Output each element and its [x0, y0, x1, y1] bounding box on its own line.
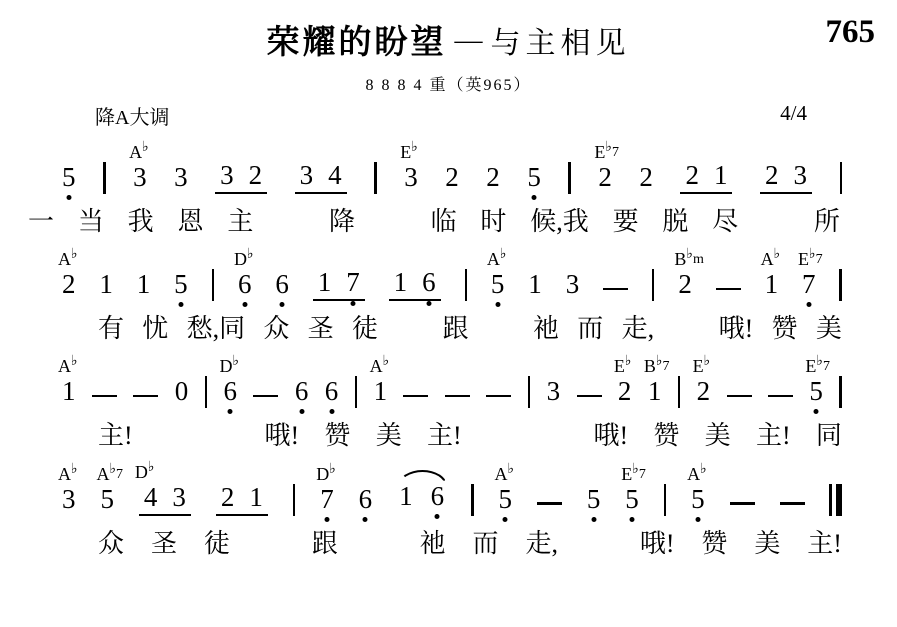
note-row: 2A♭1156D♭617165A♭132B♭m1A♭7E♭7 — [62, 264, 842, 301]
lyric-syllable: 主! — [427, 420, 462, 451]
chord-suffix: 7 — [116, 467, 123, 482]
flat-icon: ♭ — [411, 140, 418, 155]
flat-icon: ♭ — [148, 460, 155, 475]
lyric-syllable: 哦! — [264, 420, 299, 451]
note-token: 1A♭ — [374, 378, 388, 408]
dash-token — [716, 288, 741, 291]
lyric-syllable: 哦! — [640, 528, 675, 559]
beam-group: 43D♭ — [139, 484, 191, 516]
note-token: 2 — [445, 164, 459, 194]
chord-label: E♭ — [400, 143, 418, 162]
chord-label: E♭7 — [594, 143, 619, 162]
flat-icon: ♭ — [774, 247, 781, 262]
barline — [678, 376, 681, 408]
lyric-syllable: 祂 — [420, 528, 446, 559]
flat-icon: ♭ — [605, 140, 612, 155]
beam-group: 21 — [680, 162, 732, 194]
dash-token — [603, 288, 628, 291]
note-row: 53A♭332343E♭2252E♭722123 — [62, 157, 842, 194]
chord-suffix: m — [693, 252, 704, 267]
note-token: 1 — [714, 162, 728, 189]
note-token: 2A♭ — [62, 271, 76, 301]
barline — [374, 162, 377, 194]
chord-label: E♭7 — [798, 250, 823, 269]
flat-icon: ♭ — [700, 462, 707, 477]
lyric-syllable: 主! — [98, 420, 133, 451]
chord-label: A♭ — [487, 250, 507, 269]
lyric-syllable: 忧 — [142, 313, 168, 344]
lyric-syllable: 而 — [473, 528, 499, 559]
lyric-syllable: 同 — [816, 420, 842, 451]
lyric-syllable: 一 — [28, 206, 54, 237]
barline — [103, 162, 106, 194]
chord-label: E♭ — [614, 357, 632, 376]
note-token: 6 — [359, 486, 373, 516]
lyrics-row: 有忧愁,同众圣徒跟祂而走,哦!赞美 — [98, 313, 842, 344]
lyric-syllable: 时 — [480, 206, 506, 237]
note-token: 5E♭7 — [625, 486, 639, 516]
note-token: 1A♭ — [765, 271, 779, 301]
note-token: 2 — [221, 484, 235, 511]
barline — [355, 376, 358, 408]
note-token: 5 — [527, 164, 541, 194]
beam-group: 16 — [389, 269, 441, 301]
lyric-syllable: 愁,同 — [187, 313, 246, 344]
chord-label: A♭ — [129, 143, 149, 162]
chord-label: E♭7 — [805, 357, 830, 376]
music-system: 3A♭5A♭743D♭217D♭6165A♭55E♭75A♭众圣徒跟祂而走,哦!… — [62, 479, 842, 559]
note-token: 3A♭ — [62, 486, 76, 516]
chord-label: A♭ — [687, 465, 707, 484]
octave-dot — [532, 195, 537, 200]
note-token: 3 — [547, 378, 561, 408]
final-bar-thin — [829, 484, 832, 516]
lyric-syllable: 走, — [525, 528, 558, 559]
key-signature: 降A大调 — [95, 101, 169, 130]
chord-label: D♭ — [316, 465, 336, 484]
music-system: 1A♭06D♭661A♭32E♭1B♭72E♭5E♭7主!哦!赞美主!哦!赞美主… — [62, 371, 842, 451]
chord-label: B♭7 — [644, 357, 670, 376]
beam-group: 23 — [760, 162, 812, 194]
flat-icon: ♭ — [500, 247, 507, 262]
dash-token — [768, 395, 793, 398]
flat-icon: ♭ — [71, 462, 78, 477]
lyric-syllable: 哦! — [719, 313, 754, 344]
lyric-syllable: 众 — [98, 528, 124, 559]
note-token: 3 — [300, 162, 314, 189]
barline — [664, 484, 667, 516]
octave-dot — [503, 517, 508, 522]
barline — [839, 376, 842, 408]
lyric-syllable: 美 — [816, 313, 842, 344]
music-system: 2A♭1156D♭617165A♭132B♭m1A♭7E♭7有忧愁,同众圣徒跟祂… — [62, 264, 842, 344]
lyric-syllable: 众 — [263, 313, 289, 344]
barline — [212, 269, 215, 301]
flat-icon: ♭ — [383, 354, 390, 369]
chord-label: D♭ — [234, 250, 254, 269]
barline — [568, 162, 571, 194]
hymn-title: 荣耀的盼望 — [267, 25, 447, 61]
lyric-syllable: 圣 — [308, 313, 334, 344]
lyric-spacer — [672, 313, 700, 344]
lyrics-row: 一当我恩主降临时候,我要脱尽所 — [28, 206, 840, 237]
note-token: 7E♭7 — [802, 271, 816, 301]
octave-dot — [329, 409, 334, 414]
note-token: 6 — [422, 269, 436, 296]
note-token: 1 — [528, 271, 542, 301]
lyric-syllable: 所 — [814, 206, 840, 237]
octave-dot — [228, 409, 233, 414]
note-token: 6D♭ — [238, 271, 252, 301]
chord-label: A♭ — [58, 250, 78, 269]
flat-icon: ♭ — [686, 247, 693, 262]
music-system: 53A♭332343E♭2252E♭722123一当我恩主降临时候,我要脱尽所 — [62, 157, 842, 237]
note-token: 1B♭7 — [648, 378, 662, 408]
dash-token — [730, 502, 755, 505]
flat-icon: ♭ — [704, 354, 711, 369]
note-token: 2E♭7 — [598, 164, 612, 194]
lyric-syllable: 跟 — [442, 313, 468, 344]
dash-token — [92, 395, 117, 398]
lyric-syllable: 候,我 — [530, 206, 589, 237]
flat-icon: ♭ — [625, 354, 632, 369]
note-token: 1 — [137, 271, 151, 301]
note-token: 2E♭ — [618, 378, 632, 408]
note-token: 1 — [249, 484, 263, 511]
lyric-syllable: 祂 — [533, 313, 559, 344]
lyric-syllable: 降 — [329, 206, 355, 237]
lyric-spacer — [487, 420, 515, 451]
dash-token — [537, 502, 562, 505]
dash-token — [253, 395, 278, 398]
note-token: 5A♭7 — [100, 486, 114, 516]
lyric-syllable: 当 — [78, 206, 104, 237]
key-row: 降A大调 4/4 — [95, 101, 807, 130]
chord-label: D♭ — [220, 357, 240, 376]
lyric-spacer — [277, 206, 305, 237]
time-signature: 4/4 — [780, 101, 807, 130]
chord-label: A♭ — [761, 250, 781, 269]
lyric-spacer — [257, 528, 285, 559]
note-token: 6 — [325, 378, 339, 408]
note-token: 6 — [275, 271, 289, 301]
note-token: 5A♭ — [498, 486, 512, 516]
note-token: 1A♭ — [62, 378, 76, 408]
lyric-syllable: 临 — [431, 206, 457, 237]
lyric-syllable: 有 — [98, 313, 124, 344]
flat-icon: ♭ — [507, 462, 514, 477]
octave-dot — [178, 302, 183, 307]
note-token: 5A♭ — [491, 271, 505, 301]
note-token: 2 — [639, 164, 653, 194]
chord-label: A♭ — [58, 465, 78, 484]
barline — [205, 376, 208, 408]
octave-dot — [695, 517, 700, 522]
music-systems: 53A♭332343E♭2252E♭722123一当我恩主降临时候,我要脱尽所2… — [62, 157, 842, 559]
octave-dot — [495, 302, 500, 307]
chord-label: D♭ — [135, 463, 155, 482]
lyric-syllable: 主! — [756, 420, 791, 451]
barline — [840, 162, 843, 194]
note-token: 2B♭m — [678, 271, 692, 301]
chord-suffix: 7 — [662, 359, 669, 374]
note-row: 3A♭5A♭743D♭217D♭6165A♭55E♭75A♭ — [62, 479, 842, 516]
note-token: 2 — [486, 164, 500, 194]
chord-label: B♭m — [674, 250, 704, 269]
octave-dot — [324, 517, 329, 522]
lyric-syllable: 我 — [128, 206, 154, 237]
chord-label: E♭ — [693, 357, 711, 376]
note-token: 3E♭ — [404, 164, 418, 194]
note-token: 0 — [175, 378, 189, 408]
flat-icon: ♭ — [247, 247, 254, 262]
lyric-syllable: 圣 — [151, 528, 177, 559]
chord-label: A♭7 — [96, 465, 123, 484]
note-token: 6D♭ — [224, 378, 238, 408]
lyric-syllable: 要 — [613, 206, 639, 237]
lyric-spacer — [585, 528, 613, 559]
note-token: 3 — [220, 162, 234, 189]
lyric-spacer — [762, 206, 790, 237]
chord-label: A♭ — [494, 465, 514, 484]
final-bar-thick — [836, 484, 842, 516]
lyric-syllable: 赞 — [653, 420, 679, 451]
chord-suffix: 7 — [612, 145, 619, 160]
flat-icon: ♭ — [809, 247, 816, 262]
beam-group: 17 — [313, 269, 365, 301]
note-token: 6 — [295, 378, 309, 408]
octave-dot — [806, 302, 811, 307]
lyric-syllable: 赞 — [772, 313, 798, 344]
note-token: 5A♭ — [691, 486, 705, 516]
note-token: 2 — [249, 162, 263, 189]
barline — [293, 484, 296, 516]
lyrics-row: 主!哦!赞美主!哦!赞美主!同 — [98, 420, 842, 451]
flat-icon: ♭ — [816, 354, 823, 369]
note-token: 1 — [394, 269, 408, 296]
note-token: 5E♭7 — [809, 378, 823, 408]
lyric-syllable: 恩 — [177, 206, 203, 237]
note-token: 3 — [566, 271, 580, 301]
chord-label: A♭ — [370, 357, 390, 376]
lyric-syllable: 赞 — [701, 528, 727, 559]
note-token: 1 — [318, 269, 332, 296]
dash-token — [486, 395, 511, 398]
octave-dot — [280, 302, 285, 307]
chord-label: A♭ — [58, 357, 78, 376]
flat-icon: ♭ — [71, 247, 78, 262]
note-token: 2E♭ — [697, 378, 711, 408]
lyric-syllable: 美 — [705, 420, 731, 451]
lyric-syllable: 脱 — [662, 206, 688, 237]
lyric-syllable: 走, — [622, 313, 655, 344]
lyric-syllable: 徒 — [204, 528, 230, 559]
flat-icon: ♭ — [233, 354, 240, 369]
slur-group: 16 — [397, 483, 446, 516]
dash-token — [727, 395, 752, 398]
final-barline — [829, 484, 842, 516]
lyric-syllable: 赞 — [324, 420, 350, 451]
lyric-spacer — [487, 313, 515, 344]
octave-dot — [66, 195, 71, 200]
note-token: 4 — [144, 484, 158, 511]
octave-dot — [591, 517, 596, 522]
meter-info: 8 8 8 4 重（英965） — [0, 72, 897, 95]
dash-token — [403, 395, 428, 398]
flat-icon: ♭ — [71, 354, 78, 369]
chord-suffix: 7 — [816, 252, 823, 267]
title-dash: — — [455, 25, 483, 56]
dash-token — [445, 395, 470, 398]
lyric-syllable: 美 — [376, 420, 402, 451]
hymn-page: 765 荣耀的盼望—与主相见 8 8 8 4 重（英965） 降A大调 4/4 … — [0, 0, 897, 627]
lyric-syllable: 哦! — [593, 420, 628, 451]
barline — [839, 269, 842, 301]
octave-dot — [363, 517, 368, 522]
lyric-spacer — [540, 420, 568, 451]
note-token: 4 — [328, 162, 342, 189]
barline — [471, 484, 474, 516]
chord-suffix: 7 — [823, 359, 830, 374]
note-token: 1 — [399, 483, 413, 513]
lyric-spacer — [365, 528, 393, 559]
octave-dot — [426, 301, 431, 306]
chord-suffix: 7 — [639, 467, 646, 482]
lyric-syllable: 美 — [754, 528, 780, 559]
octave-dot — [299, 409, 304, 414]
beam-group: 34 — [295, 162, 347, 194]
lyric-spacer — [396, 313, 424, 344]
beam-group: 32 — [215, 162, 267, 194]
barline — [528, 376, 531, 408]
page-number: 765 — [826, 14, 876, 51]
dash-token — [577, 395, 602, 398]
lyric-spacer — [379, 206, 407, 237]
octave-dot — [350, 301, 355, 306]
lyric-syllable: 而 — [577, 313, 603, 344]
lyric-syllable: 徒 — [352, 313, 378, 344]
note-token: 2 — [765, 162, 779, 189]
barline — [652, 269, 655, 301]
octave-dot — [242, 302, 247, 307]
note-token: 5 — [587, 486, 601, 516]
dash-token — [133, 395, 158, 398]
beam-group: 21 — [216, 484, 268, 516]
note-token: 6 — [431, 483, 445, 513]
lyric-syllable: 尽 — [712, 206, 738, 237]
chord-label: E♭7 — [621, 465, 646, 484]
barline — [465, 269, 468, 301]
note-row: 1A♭06D♭661A♭32E♭1B♭72E♭5E♭7 — [62, 371, 842, 408]
note-token: 3 — [793, 162, 807, 189]
flat-icon: ♭ — [142, 140, 149, 155]
note-token: 2 — [685, 162, 699, 189]
note-token: 5 — [62, 164, 76, 194]
note-token: 7 — [346, 269, 360, 296]
hymn-subtitle: 与主相见 — [491, 27, 631, 60]
note-token: 3 — [174, 164, 188, 194]
note-token: 7D♭ — [320, 486, 334, 516]
note-token: 5 — [174, 271, 188, 301]
note-token: 3 — [172, 484, 186, 511]
flat-icon: ♭ — [329, 462, 336, 477]
octave-dot — [435, 514, 440, 519]
lyric-spacer — [158, 420, 186, 451]
octave-dot — [630, 517, 635, 522]
lyric-spacer — [211, 420, 239, 451]
header: 荣耀的盼望—与主相见 8 8 8 4 重（英965） — [0, 0, 897, 95]
lyric-syllable: 跟 — [312, 528, 338, 559]
note-token: 1 — [99, 271, 113, 301]
flat-icon: ♭ — [632, 462, 639, 477]
lyrics-row: 众圣徒跟祂而走,哦!赞美主! — [98, 528, 842, 559]
dash-token — [780, 502, 805, 505]
lyric-syllable: 主 — [227, 206, 253, 237]
octave-dot — [814, 409, 819, 414]
lyric-syllable: 主! — [807, 528, 842, 559]
note-token: 3A♭ — [133, 164, 147, 194]
